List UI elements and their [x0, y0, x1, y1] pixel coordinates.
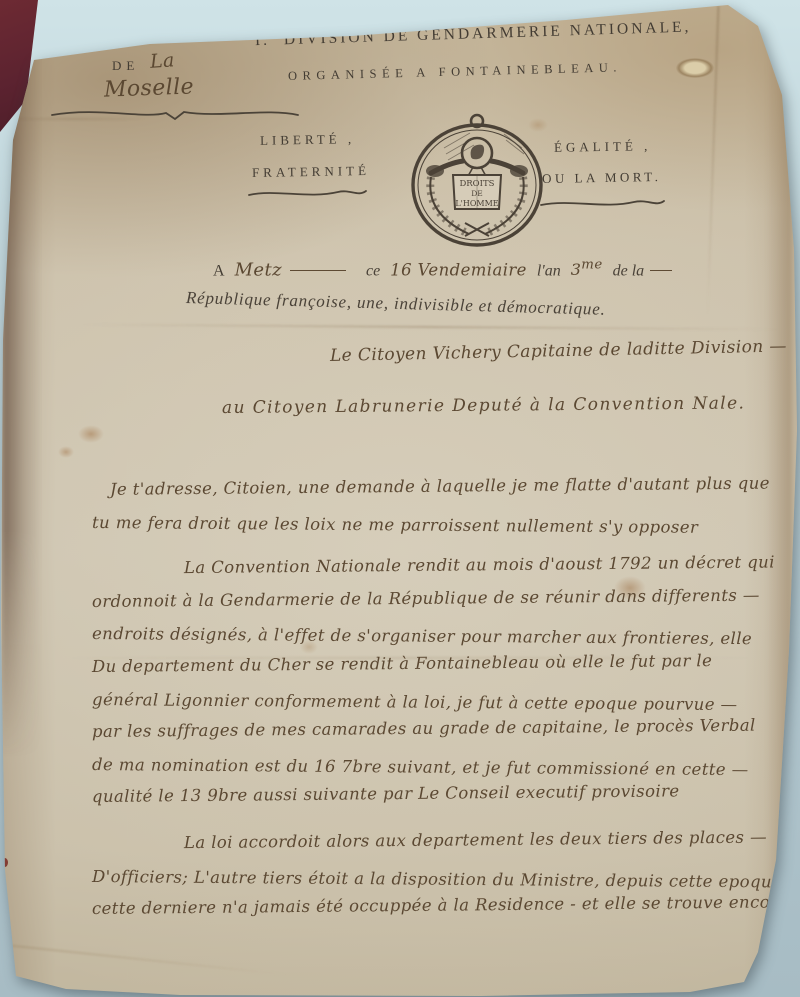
sender-line: Le Citoyen Vichery Capitaine de laditte …	[330, 336, 787, 366]
flourish-underline	[246, 186, 370, 202]
handwritten-line: ordonnoit à la Gendarmerie de la Républi…	[92, 585, 782, 624]
fold-crease	[80, 324, 780, 331]
droits-de-lhomme-emblem: DROITS DE L'HOMME	[396, 110, 558, 252]
handwritten-line: tu me fera droit que les loix ne me parr…	[92, 513, 782, 551]
handwritten-line: cette derniere n'a jamais été occuppée à…	[92, 893, 782, 932]
printed-at: A	[213, 262, 225, 279]
handwritten-dash	[650, 270, 672, 271]
division-subtitle: ORGANISÉE A FONTAINEBLEAU.	[288, 60, 622, 84]
republic-motto-line: République françoise, une, indivisible e…	[186, 288, 606, 320]
printed-de-la: de la	[613, 262, 645, 279]
handwritten-date: 16 Vendemiaire	[390, 260, 527, 279]
letter-body: Je t'adresse, Citoien, une demande à laq…	[92, 480, 782, 932]
handwritten-place: Metz	[235, 259, 282, 280]
emblem-text: L'HOMME	[455, 199, 498, 208]
handwritten-line: par les suffrages de mes camarades au gr…	[92, 716, 782, 755]
motto-liberte: LIBERTÉ ,	[260, 131, 355, 149]
paper-sheet-wrapper: ARMÉE DE La Moselle I.re DIVISION DE GEN…	[0, 0, 800, 997]
handwritten-line: La loi accordoit alors aux departement l…	[92, 827, 782, 866]
motto-egalite: ÉGALITÉ ,	[554, 138, 652, 156]
emblem-text: DE	[471, 189, 483, 198]
handwritten-year: 3me	[571, 260, 603, 279]
handwritten-army-article: La	[149, 49, 175, 73]
fold-crease	[707, 6, 720, 316]
handwritten-army-name: Moselle	[104, 74, 195, 102]
paper-speck	[2, 858, 8, 867]
division-title-text: DIVISION DE GENDARMERIE NATIONALE,	[277, 18, 692, 48]
handwritten-line: Je t'adresse, Citoien, une demande à laq…	[92, 473, 782, 512]
dateline: AMetzce16 Vendemiairel'an3mede la	[213, 258, 672, 280]
paper-sheet: ARMÉE DE La Moselle I.re DIVISION DE GEN…	[0, 0, 800, 997]
recipient-line: au Citoyen Labrunerie Deputé à la Conven…	[222, 393, 745, 418]
handwritten-line: Du departement du Cher se rendit à Fonta…	[92, 650, 782, 689]
division-prefix: I.	[255, 32, 271, 49]
ink-stain	[78, 425, 104, 443]
fold-crease	[0, 942, 287, 975]
scanned-letter-photo: ARMÉE DE La Moselle I.re DIVISION DE GEN…	[0, 0, 800, 997]
army-title: ARMÉE	[95, 25, 184, 48]
emblem-text: DROITS	[459, 179, 494, 189]
printed-ce: ce	[366, 262, 380, 279]
division-title: I.re DIVISION DE GENDARMERIE NATIONALE,	[255, 17, 692, 50]
division-ordinal: re	[270, 30, 277, 40]
motto-ou-la-mort: OU LA MORT.	[542, 169, 662, 187]
paper-flaw	[676, 58, 714, 78]
printed-lan: l'an	[537, 262, 561, 279]
handwritten-line: qualité le 13 9bre aussi suivante par Le…	[92, 781, 782, 820]
handwritten-dash	[290, 270, 346, 271]
motto-fraternite: FRATERNITÉ	[252, 163, 370, 181]
flourish-underline	[48, 104, 304, 124]
army-subtitle-de: DE	[112, 58, 139, 74]
phrygian-cap-icon	[471, 145, 485, 160]
gutter-shadow	[2, 48, 42, 758]
ink-stain	[58, 446, 74, 458]
